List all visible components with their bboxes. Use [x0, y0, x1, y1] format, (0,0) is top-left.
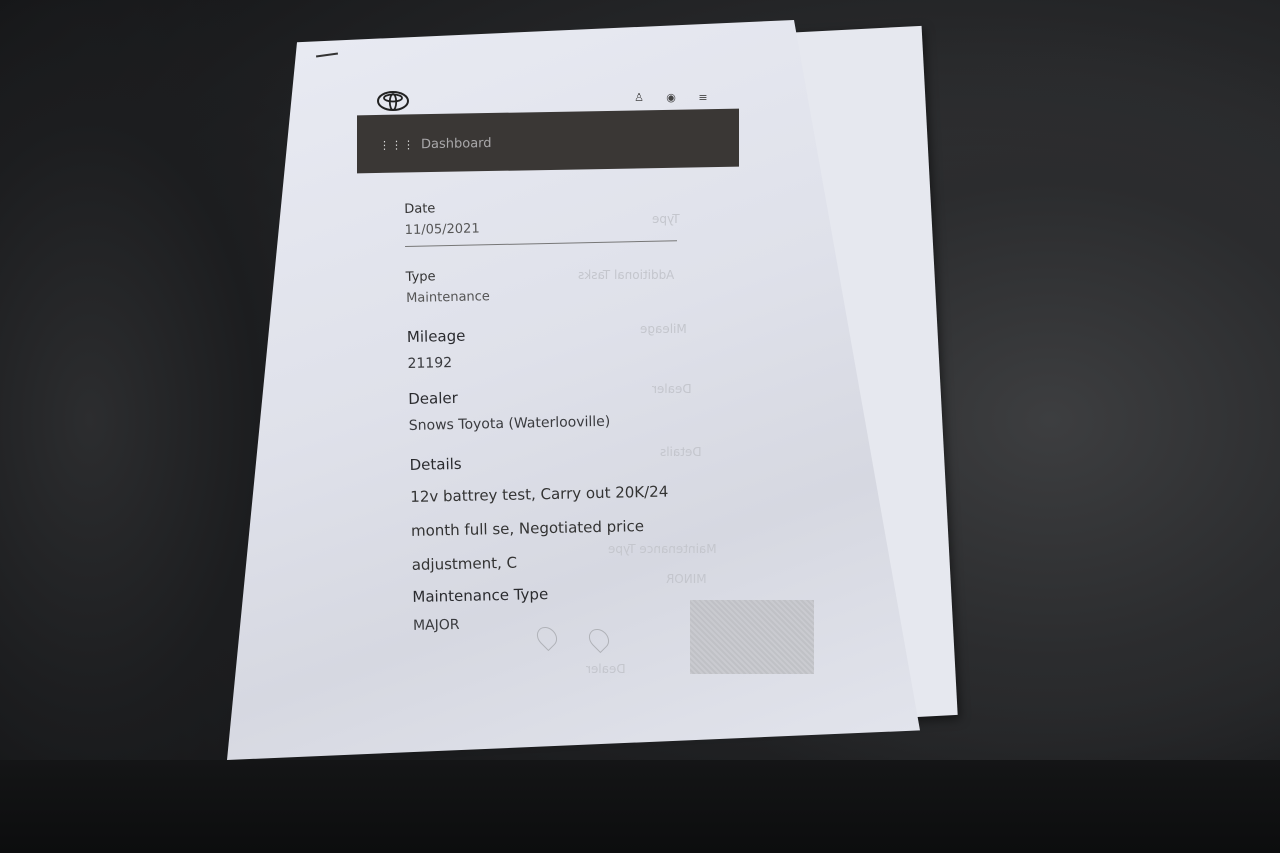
ghost-text: Dealer [652, 382, 692, 396]
field-maintenance-type: Maintenance Type MAJOR [412, 585, 549, 634]
menu-icon[interactable]: ≡ [696, 92, 710, 104]
info-icon[interactable]: ◉ [664, 92, 678, 104]
dashboard-title: Dashboard [421, 136, 492, 152]
ghost-text: Mileage [640, 322, 687, 336]
type-value: Maintenance [406, 289, 490, 306]
dashboard-bar[interactable]: ⋮⋮⋮ Dashboard [357, 109, 739, 174]
maintenance-type-label: Maintenance Type [412, 585, 548, 606]
mileage-value: 21192 [407, 355, 466, 372]
mileage-label: Mileage [407, 327, 466, 346]
field-details: Details 12v battrey test, Carry out 20K/… [409, 450, 702, 582]
date-value: 11/05/2021 [405, 221, 480, 238]
user-icon[interactable]: ♙ [632, 92, 646, 104]
field-mileage: Mileage 21192 [407, 327, 466, 372]
details-value: 12v battrey test, Carry out 20K/24 month… [410, 474, 702, 582]
toyota-logo-icon [376, 90, 410, 112]
field-dealer: Dealer Snows Toyota (Waterlooville) [408, 386, 610, 434]
field-date: Date 11/05/2021 [404, 200, 480, 238]
ghost-text: Dealer [586, 662, 626, 676]
dealer-label: Dealer [408, 386, 610, 408]
ghost-text: Additional Tasks [578, 268, 674, 282]
car-seat-bottom [0, 760, 1280, 853]
date-label: Date [404, 200, 479, 217]
type-label: Type [406, 268, 490, 285]
maintenance-type-value: MAJOR [413, 615, 549, 634]
grid-dots-icon: ⋮⋮⋮ [379, 138, 415, 152]
ghost-text: Type [652, 212, 680, 226]
field-type: Type Maintenance [406, 268, 490, 306]
ghost-image [690, 600, 814, 674]
